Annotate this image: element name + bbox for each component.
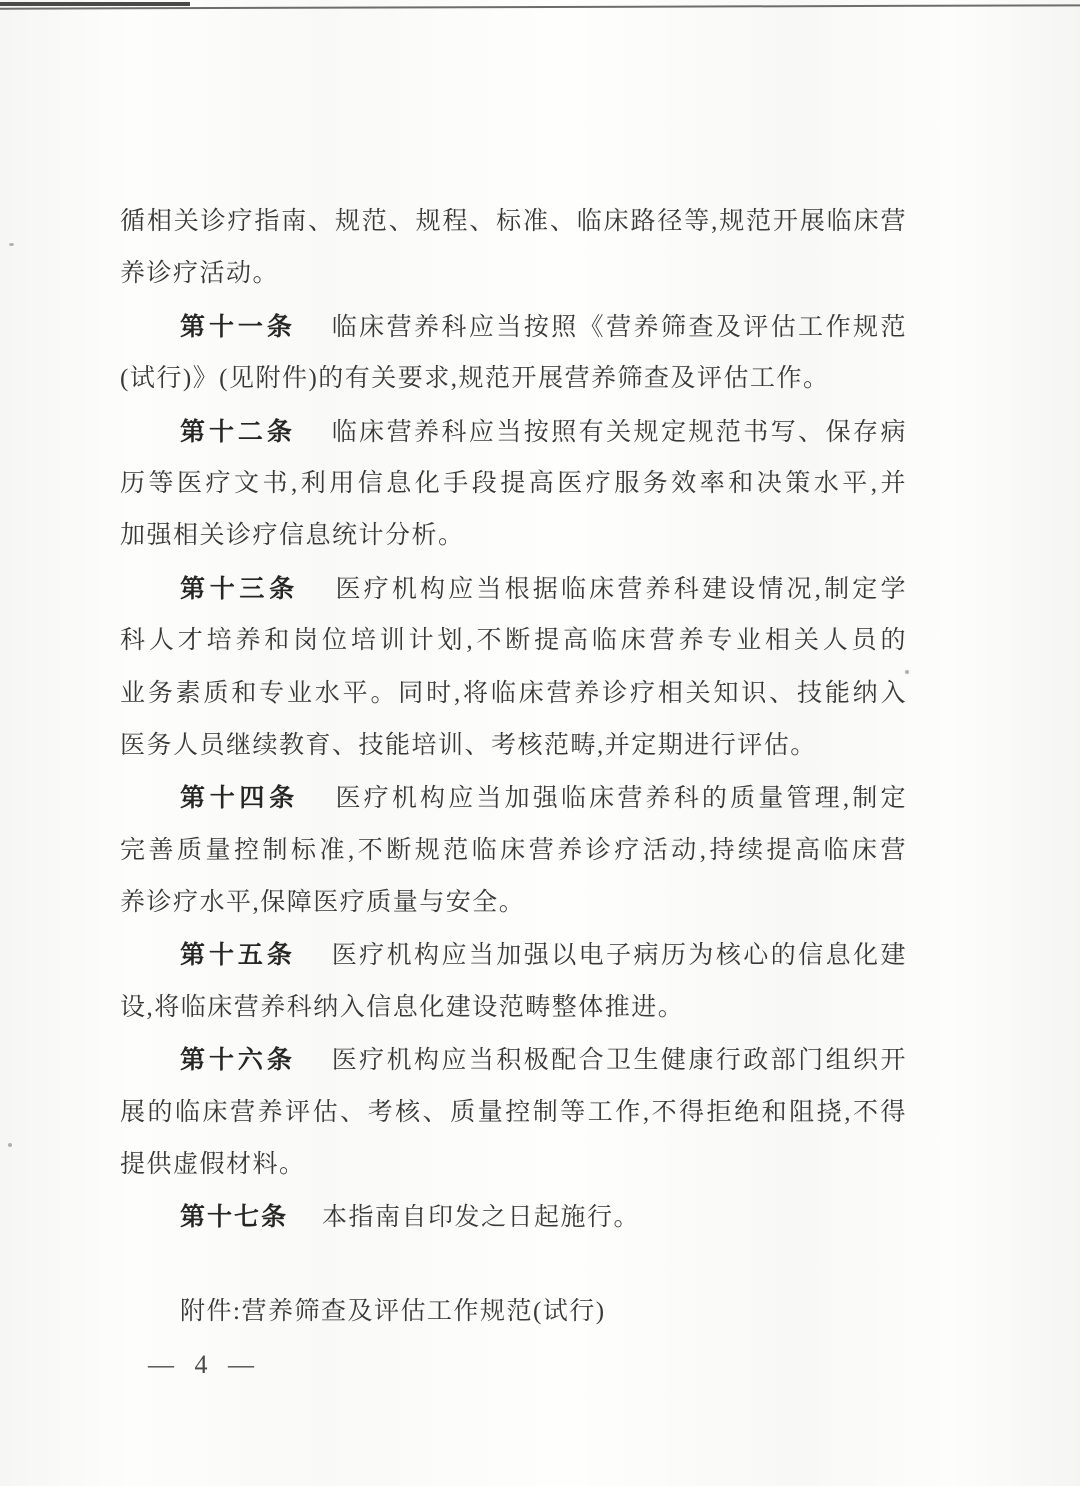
line-text: 循相关诊疗指南、规范、规程、标准、临床路径等,规范开展临床营 [120, 208, 906, 235]
line-text: 历等医疗文书,利用信息化手段提高医疗服务效率和决策水平,并 [120, 470, 906, 497]
article-number: 第十四条 [180, 784, 299, 812]
document-line: 完善质量控制标准,不断规范临床营养诊疗活动,持续提高临床营 [120, 825, 906, 877]
article-line: 第十五条医疗机构应当加强以电子病历为核心的信息化建 [120, 929, 906, 981]
line-text: 医务人员继续教育、技能培训、考核范畴,并定期进行评估。 [120, 732, 817, 759]
article-number: 第十六条 [180, 1046, 296, 1074]
line-text: 医疗机构应当积极配合卫生健康行政部门组织开 [330, 1047, 906, 1074]
line-text: 设,将临床营养科纳入信息化建设范畴整体推进。 [120, 994, 684, 1021]
article-line: 第十一条临床营养科应当按照《营养筛查及评估工作规范 [120, 301, 906, 353]
document-line: 医务人员继续教育、技能培训、考核范畴,并定期进行评估。 [120, 720, 906, 772]
document-line: 加强相关诊疗信息统计分析。 [120, 510, 906, 562]
document-line: 设,将临床营养科纳入信息化建设范畴整体推进。 [120, 982, 906, 1034]
article-line: 第十七条本指南自印发之日起施行。 [120, 1191, 906, 1243]
article-line: 第十四条医疗机构应当加强临床营养科的质量管理,制定 [120, 772, 906, 824]
line-text: 附件:营养筛查及评估工作规范(试行) [180, 1298, 606, 1325]
article-number: 第十七条 [180, 1203, 288, 1231]
line-text: 养诊疗水平,保障医疗质量与安全。 [120, 889, 525, 916]
document-line: 附件:营养筛查及评估工作规范(试行) [120, 1286, 906, 1338]
article-line: 第十六条医疗机构应当积极配合卫生健康行政部门组织开 [120, 1034, 906, 1086]
line-text: 科人才培养和岗位培训计划,不断提高临床营养专业相关人员的 [120, 627, 906, 654]
page-number: — 4 — [148, 1340, 256, 1390]
line-text: 本指南自印发之日起施行。 [322, 1204, 640, 1231]
line-text: 养诊疗活动。 [120, 260, 279, 287]
article-number: 第十五条 [180, 941, 296, 969]
document-line: 提供虚假材料。 [120, 1139, 906, 1191]
line-text: 提供虚假材料。 [120, 1151, 306, 1178]
article-number: 第十二条 [180, 418, 296, 446]
line-text: 加强相关诊疗信息统计分析。 [120, 522, 465, 549]
document-line: 展的临床营养评估、考核、质量控制等工作,不得拒绝和阻挠,不得 [120, 1087, 906, 1139]
scan-edge-artifact [0, 2, 190, 6]
line-text: 临床营养科应当按照有关规定规范书写、保存病 [330, 419, 906, 446]
article-number: 第十三条 [180, 575, 299, 603]
line-text: 医疗机构应当根据临床营养科建设情况,制定学 [333, 576, 906, 603]
line-text: (试行)》(见附件)的有关要求,规范开展营养筛查及评估工作。 [120, 365, 830, 392]
article-number: 第十一条 [180, 313, 296, 341]
article-line: 第十三条医疗机构应当根据临床营养科建设情况,制定学 [120, 563, 906, 615]
line-text: 展的临床营养评估、考核、质量控制等工作,不得拒绝和阻挠,不得 [120, 1099, 906, 1126]
document-line: 业务素质和专业水平。同时,将临床营养诊疗相关知识、技能纳入 [120, 668, 906, 720]
document-body: 循相关诊疗指南、规范、规程、标准、临床路径等,规范开展临床营养诊疗活动。第十一条… [120, 196, 906, 1338]
scanned-document-page: 循相关诊疗指南、规范、规程、标准、临床路径等,规范开展临床营养诊疗活动。第十一条… [0, 0, 1080, 1486]
line-text: 业务素质和专业水平。同时,将临床营养诊疗相关知识、技能纳入 [120, 680, 906, 707]
scan-speck [8, 1143, 12, 1147]
line-text: 医疗机构应当加强临床营养科的质量管理,制定 [333, 785, 906, 812]
line-text: 完善质量控制标准,不断规范临床营养诊疗活动,持续提高临床营 [120, 837, 906, 864]
article-line: 第十二条临床营养科应当按照有关规定规范书写、保存病 [120, 406, 906, 458]
line-text: 临床营养科应当按照《营养筛查及评估工作规范 [330, 314, 906, 341]
line-text: 医疗机构应当加强以电子病历为核心的信息化建 [330, 942, 906, 969]
document-line: 科人才培养和岗位培训计划,不断提高临床营养专业相关人员的 [120, 615, 906, 667]
document-line: 养诊疗活动。 [120, 248, 906, 300]
document-line: (试行)》(见附件)的有关要求,规范开展营养筛查及评估工作。 [120, 353, 906, 405]
document-line: 循相关诊疗指南、规范、规程、标准、临床路径等,规范开展临床营 [120, 196, 906, 248]
scan-speck [9, 243, 14, 246]
document-line: 历等医疗文书,利用信息化手段提高医疗服务效率和决策水平,并 [120, 458, 906, 510]
document-line: 养诊疗水平,保障医疗质量与安全。 [120, 877, 906, 929]
